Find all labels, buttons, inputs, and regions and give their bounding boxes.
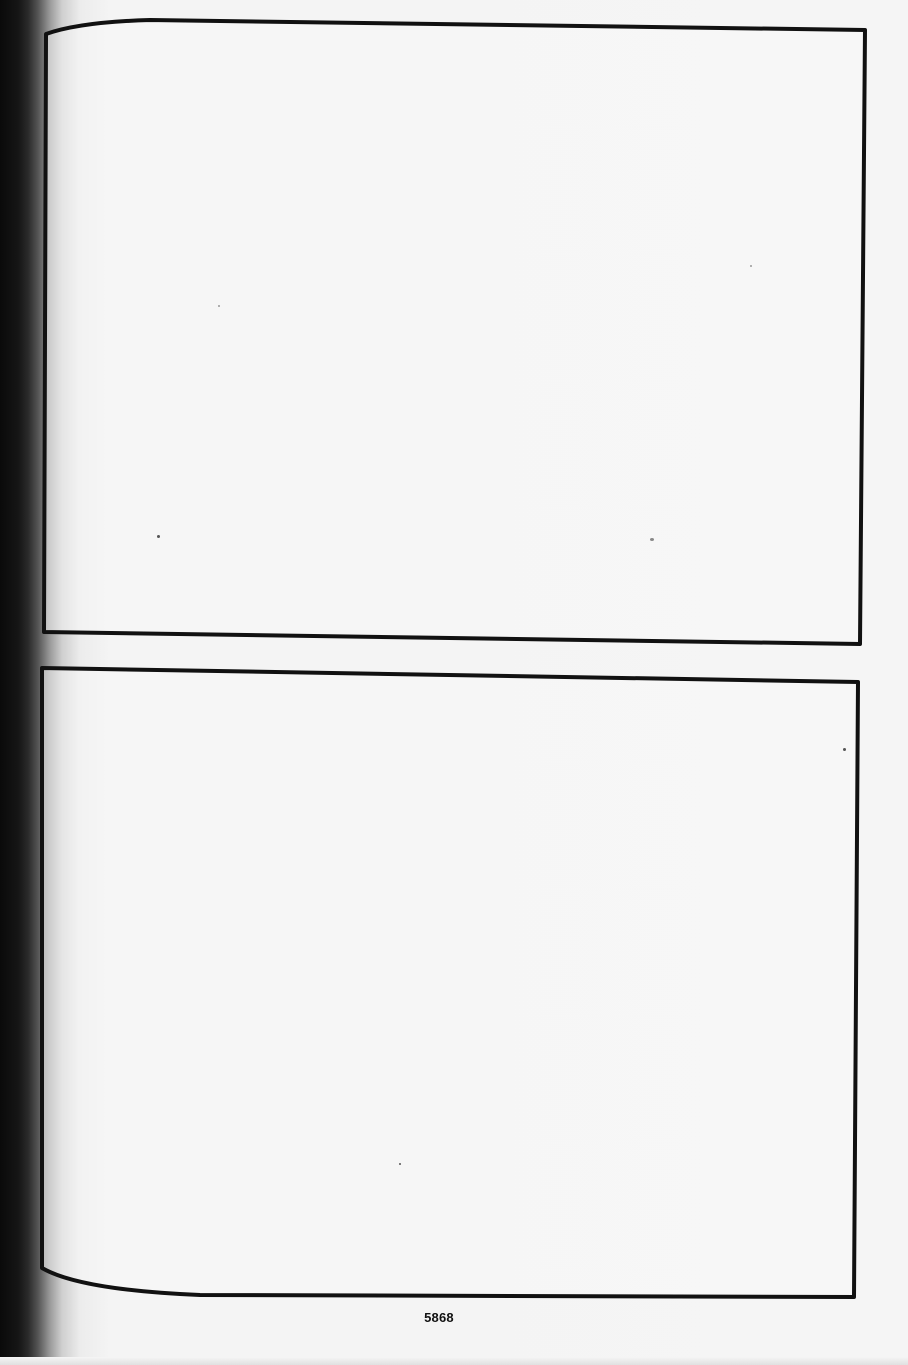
scan-speck [157, 535, 160, 538]
scan-speck [218, 305, 220, 307]
frames-layer [0, 0, 908, 1365]
scan-speck [750, 265, 752, 267]
page-number: 5868 [0, 1310, 878, 1325]
scanned-page: 5868 [0, 0, 908, 1365]
bottom-frame [42, 668, 858, 1297]
scan-speck [650, 538, 654, 541]
scan-speck [843, 748, 846, 751]
top-frame [44, 20, 865, 644]
scan-edge [0, 1357, 908, 1365]
scan-speck [399, 1163, 401, 1165]
